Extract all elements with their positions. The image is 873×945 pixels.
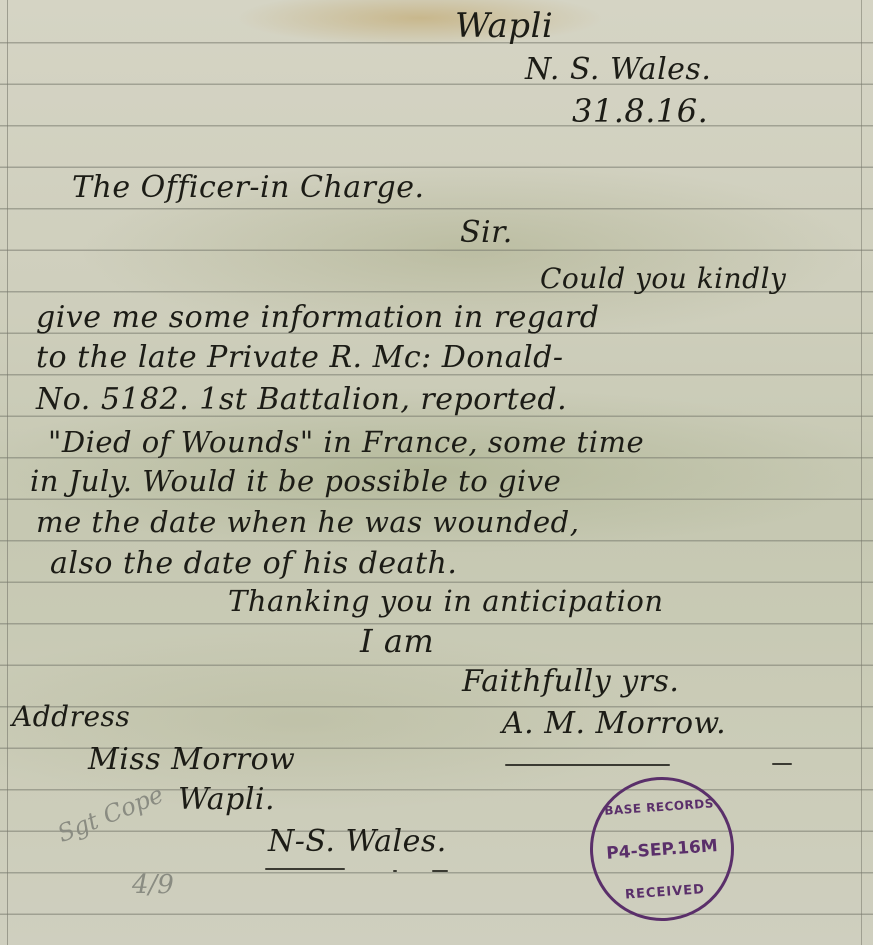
signature-underline [505, 764, 670, 766]
address-underline-dash [432, 870, 448, 872]
addressee: The Officer-in Charge. [72, 170, 425, 205]
body-line: No. 5182. 1st Battalion, reported. [36, 382, 567, 417]
closing-thanks: Thanking you in anticipation [228, 584, 664, 618]
closing-valediction: Faithfully yrs. [462, 664, 679, 699]
address-name: Miss Morrow [88, 742, 295, 777]
body-line: "Died of Wounds" in France, some time [48, 425, 644, 459]
signature-underline-dash [772, 763, 792, 765]
pencil-annotation-date: 4/9 [132, 870, 174, 900]
header-place: Wapli [455, 6, 553, 46]
body-line: Could you kindly [540, 262, 786, 295]
address-label: Address [12, 700, 130, 733]
stamp-top-text: BASE RECORDS [590, 795, 729, 819]
left-margin-line [7, 0, 8, 945]
body-line: to the late Private R. Mc: Donald- [36, 340, 564, 375]
header-state: N. S. Wales. [525, 52, 711, 87]
right-margin-line [861, 0, 862, 945]
header-date: 31.8.16. [572, 92, 708, 130]
address-underline-dot [393, 870, 397, 872]
stamp-date: P4-SEP.16M [593, 835, 732, 865]
address-underline [265, 868, 345, 870]
body-line: in July. Would it be possible to give [30, 464, 561, 498]
address-state: N-S. Wales. [268, 824, 447, 859]
greeting: Sir. [460, 215, 513, 250]
address-place: Wapli. [178, 782, 275, 817]
body-line: me the date when he was wounded, [36, 505, 579, 539]
closing-i-am: I am [360, 622, 434, 660]
body-line: give me some information in regard [36, 300, 599, 335]
signature: A. M. Morrow. [502, 706, 726, 741]
letter-page: Wapli N. S. Wales. 31.8.16. The Officer-… [0, 0, 873, 945]
body-line: also the date of his death. [50, 546, 457, 581]
